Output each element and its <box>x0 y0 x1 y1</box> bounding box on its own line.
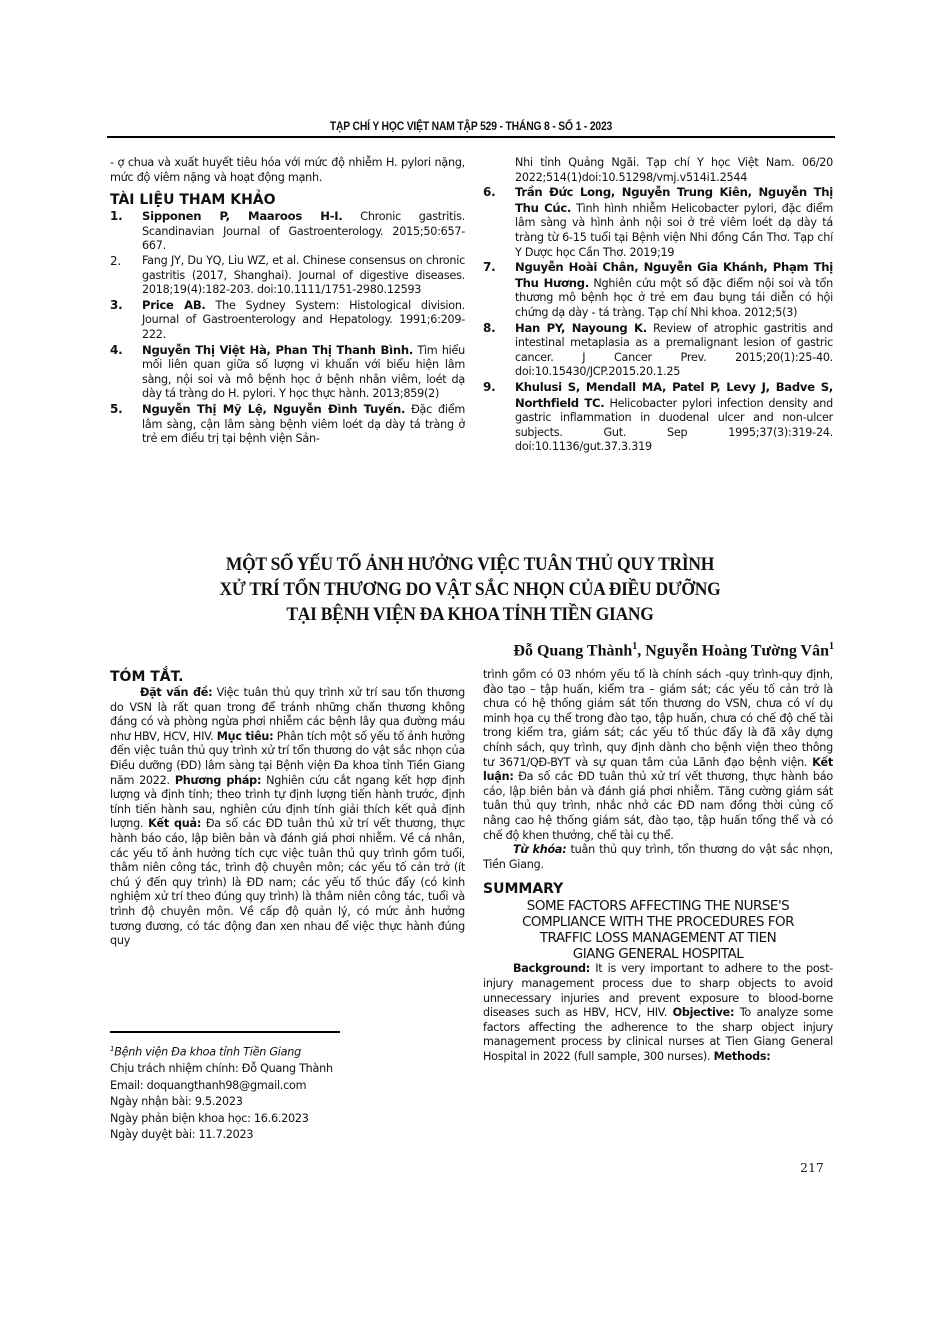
author-name: Nguyễn Hoàng Tường Vân <box>645 642 829 659</box>
label-methods-en: Methods: <box>714 1050 771 1063</box>
summary-title: SOME FACTORS AFFECTING THE NURSE'S COMPL… <box>483 898 833 962</box>
author-affiliation-mark: 1 <box>829 641 834 652</box>
reference-item: 6. Trần Đức Long, Nguyễn Trung Kiên, Ngu… <box>483 185 833 260</box>
date-reviewed: Ngày phản biện khoa học: 16.6.2023 <box>110 1111 470 1128</box>
article-title: MỘT SỐ YẾU TỐ ẢNH HƯỞNG VIỆC TUÂN THỦ QU… <box>120 552 820 627</box>
label-objective-en: Objective: <box>673 1006 735 1019</box>
reference-item: 5. Nguyễn Thị Mỹ Lệ, Nguyễn Đình Tuyến. … <box>110 402 465 447</box>
summary-heading: SUMMARY <box>483 880 833 898</box>
reference-number: 9. <box>483 380 495 395</box>
reference-text: Nhi tỉnh Quảng Ngãi. Tạp chí Y học Việt … <box>515 156 833 184</box>
abstract-heading: TÓM TẮT. <box>110 668 465 686</box>
references-heading: TÀI LIỆU THAM KHẢO <box>110 191 465 209</box>
running-header: TẠP CHÍ Y HỌC VIỆT NAM TẬP 529 - THÁNG 8… <box>144 121 797 133</box>
email: Email: doquangthanh98@gmail.com <box>110 1078 470 1095</box>
abstract-vi-body: Đặt vấn đề: Việc tuân thủ quy trình xử t… <box>110 686 465 949</box>
reference-item: 4. Nguyễn Thị Việt Hà, Phan Thị Thanh Bì… <box>110 343 465 402</box>
abstract-vi-left: TÓM TẮT. Đặt vấn đề: Việc tuân thủ quy t… <box>110 668 465 949</box>
reference-authors: Nguyễn Thị Việt Hà, Phan Thị Thanh Bình. <box>142 343 413 357</box>
article-title-line: TẠI BỆNH VIỆN ĐA KHOA TỈNH TIỀN GIANG <box>148 602 792 627</box>
article-title-line: XỬ TRÍ TỔN THƯƠNG DO VẬT SẮC NHỌN CỦA ĐI… <box>148 577 792 602</box>
reference-number: 4. <box>110 343 122 358</box>
reference-number: 3. <box>110 298 122 313</box>
date-received: Ngày nhận bài: 9.5.2023 <box>110 1094 470 1111</box>
corresponding-author: Chịu trách nhiệm chính: Đỗ Quang Thành <box>110 1061 470 1078</box>
reference-number: 8. <box>483 321 495 336</box>
keywords: Từ khóa: tuân thủ quy trình, tổn thương … <box>483 843 833 872</box>
label-background: Đặt vấn đề: <box>140 686 212 699</box>
reference-number: 5. <box>110 402 122 417</box>
abstract-vi-right: trình gồm có 03 nhóm yếu tố là chính sác… <box>483 668 833 1064</box>
label-keywords: Từ khóa: <box>513 843 566 856</box>
page-number: 217 <box>800 1160 824 1175</box>
reference-number: 7. <box>483 260 495 275</box>
reference-number: 6. <box>483 185 495 200</box>
reference-authors: Price AB. <box>142 298 206 312</box>
reference-item: 7. Nguyễn Hoài Chân, Nguyễn Gia Khánh, P… <box>483 260 833 320</box>
reference-number: 1. <box>110 209 122 224</box>
previous-conclusion-tail: - ợ chua và xuất huyết tiêu hóa với mức … <box>110 156 465 185</box>
label-objective: Mục tiêu: <box>217 730 274 743</box>
reference-authors: Han PY, Nayoung K. <box>515 321 647 335</box>
reference-number: 2. <box>110 254 121 269</box>
reference-authors: Sipponen P, Maaroos H-I. <box>142 209 343 223</box>
reference-item: 3. Price AB. The Sydney System: Histolog… <box>110 298 465 343</box>
journal-page: TẠP CHÍ Y HỌC VIỆT NAM TẬP 529 - THÁNG 8… <box>0 0 942 1333</box>
reference-item: 1. Sipponen P, Maaroos H-I. Chronic gast… <box>110 209 465 254</box>
date-accepted: Ngày duyệt bài: 11.7.2023 <box>110 1127 470 1144</box>
footnote-rule <box>110 1031 340 1033</box>
reference-text: Fang JY, Du YQ, Liu WZ, et al. Chinese c… <box>142 254 465 296</box>
author-name: Đỗ Quang Thành <box>513 642 632 659</box>
label-methods: Phương pháp: <box>175 774 261 787</box>
reference-item: 8. Han PY, Nayoung K. Review of atrophic… <box>483 321 833 380</box>
article-authors: Đỗ Quang Thành1, Nguyễn Hoàng Tường Vân1 <box>440 637 834 661</box>
right-column-references: Nhi tỉnh Quảng Ngãi. Tạp chí Y học Việt … <box>483 156 833 455</box>
left-column-references: - ợ chua và xuất huyết tiêu hóa với mức … <box>110 156 465 447</box>
abstract-vi-body-continued: trình gồm có 03 nhóm yếu tố là chính sác… <box>483 668 833 843</box>
label-results: Kết quả: <box>148 817 201 830</box>
article-title-line: MỘT SỐ YẾU TỐ ẢNH HƯỞNG VIỆC TUÂN THỦ QU… <box>148 552 792 577</box>
footnotes: 1Bệnh viện Đa khoa tỉnh Tiền Giang Chịu … <box>110 1041 470 1144</box>
reference-item: 9. Khulusi S, Mendall MA, Patel P, Levy … <box>483 380 833 455</box>
label-background-en: Background: <box>513 962 590 975</box>
reference-item: 2. Fang JY, Du YQ, Liu WZ, et al. Chines… <box>110 254 465 298</box>
header-rule <box>107 136 835 138</box>
abstract-en-body: Background: It is very important to adhe… <box>483 962 833 1064</box>
affiliation-note: 1Bệnh viện Đa khoa tỉnh Tiền Giang <box>110 1041 470 1061</box>
reference-authors: Nguyễn Thị Mỹ Lệ, Nguyễn Đình Tuyến. <box>142 402 405 416</box>
reference-item-continued: Nhi tỉnh Quảng Ngãi. Tạp chí Y học Việt … <box>483 156 833 185</box>
